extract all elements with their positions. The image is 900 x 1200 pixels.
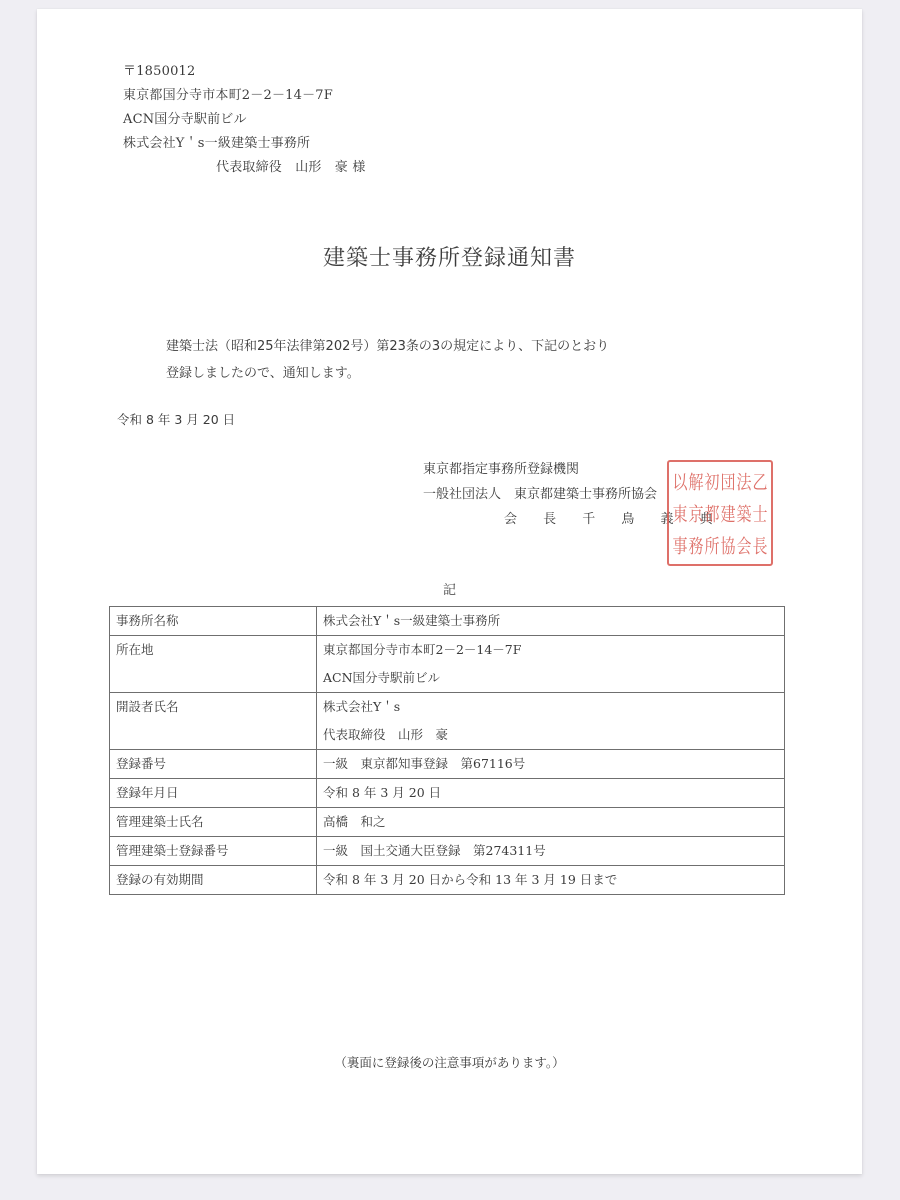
notice-body-line-2: 登録しましたので、通知します。 (166, 360, 609, 387)
row-value-validity-period: 令和 8 年 3 月 20 日から令和 13 年 3 月 19 日まで (317, 866, 785, 895)
table-row: 登録年月日 令和 8 年 3 月 20 日 (110, 779, 785, 808)
value-line: 高橋 和之 (323, 808, 778, 836)
value-line: 東京都国分寺市本町2－2－14－7F (323, 636, 778, 664)
value-line: 株式会社Y＇s (323, 693, 778, 721)
table-row: 所在地 東京都国分寺市本町2－2－14－7F ACN国分寺駅前ビル (110, 636, 785, 693)
row-value-registration-date: 令和 8 年 3 月 20 日 (317, 779, 785, 808)
seal-char: 事 (672, 526, 688, 566)
row-value-office-name: 株式会社Y＇s一級建築士事務所 (317, 607, 785, 636)
seal-char: 会 (736, 526, 752, 566)
registration-table: 事務所名称 株式会社Y＇s一級建築士事務所 所在地 東京都国分寺市本町2－2－1… (109, 606, 785, 895)
row-value-manager-number: 一級 国土交通大臣登録 第274311号 (317, 837, 785, 866)
value-line: 令和 8 年 3 月 20 日 (323, 779, 778, 807)
row-label-manager-name: 管理建築士氏名 (110, 808, 317, 837)
value-line: ACN国分寺駅前ビル (323, 664, 778, 692)
row-value-founder: 株式会社Y＇s 代表取締役 山形 豪 (317, 693, 785, 750)
postal-code: 〒1850012 (123, 60, 366, 84)
row-label-founder: 開設者氏名 (110, 693, 317, 750)
value-line: 株式会社Y＇s一級建築士事務所 (323, 607, 778, 635)
row-value-manager-name: 高橋 和之 (317, 808, 785, 837)
addressee-block: 〒1850012 東京都国分寺市本町2－2－14－7F ACN国分寺駅前ビル 株… (123, 60, 366, 180)
table-row: 開設者氏名 株式会社Y＇s 代表取締役 山形 豪 (110, 693, 785, 750)
table-row: 登録の有効期間 令和 8 年 3 月 20 日から令和 13 年 3 月 19 … (110, 866, 785, 895)
row-label-registration-date: 登録年月日 (110, 779, 317, 808)
seal-char: 長 (752, 526, 768, 566)
table-row: 管理建築士登録番号 一級 国土交通大臣登録 第274311号 (110, 837, 785, 866)
table-row: 管理建築士氏名 高橋 和之 (110, 808, 785, 837)
row-label-location: 所在地 (110, 636, 317, 693)
document-page: 〒1850012 東京都国分寺市本町2－2－14－7F ACN国分寺駅前ビル 株… (37, 9, 862, 1174)
addressee-representative: 代表取締役 山形 豪 様 (123, 156, 366, 180)
value-line: 令和 8 年 3 月 20 日から令和 13 年 3 月 19 日まで (323, 866, 778, 894)
seal-char: 協 (720, 526, 736, 566)
address-line-2: ACN国分寺駅前ビル (123, 108, 366, 132)
document-title: 建築士事務所登録通知書 (37, 241, 862, 272)
table-row: 登録番号 一級 東京都知事登録 第67116号 (110, 750, 785, 779)
footnote: （裏面に登録後の注意事項があります。） (37, 1053, 862, 1071)
value-line: 一級 東京都知事登録 第67116号 (323, 750, 778, 778)
addressee-company: 株式会社Y＇s一級建築士事務所 (123, 132, 366, 156)
table-row: 事務所名称 株式会社Y＇s一級建築士事務所 (110, 607, 785, 636)
row-label-office-name: 事務所名称 (110, 607, 317, 636)
address-line-1: 東京都国分寺市本町2－2－14－7F (123, 84, 366, 108)
row-label-registration-number: 登録番号 (110, 750, 317, 779)
row-value-registration-number: 一級 東京都知事登録 第67116号 (317, 750, 785, 779)
row-value-location: 東京都国分寺市本町2－2－14－7F ACN国分寺駅前ビル (317, 636, 785, 693)
value-line: 代表取締役 山形 豪 (323, 721, 778, 749)
value-line: 一級 国土交通大臣登録 第274311号 (323, 837, 778, 865)
ki-label: 記 (37, 579, 862, 598)
notice-body: 建築士法（昭和25年法律第202号）第23条の3の規定により、下記のとおり 登録… (166, 333, 609, 387)
seal-char: 所 (704, 526, 720, 566)
notice-body-line-1: 建築士法（昭和25年法律第202号）第23条の3の規定により、下記のとおり (166, 333, 609, 360)
row-label-validity-period: 登録の有効期間 (110, 866, 317, 895)
seal-char: 務 (688, 526, 704, 566)
row-label-manager-number: 管理建築士登録番号 (110, 837, 317, 866)
issue-date: 令和 8 年 3 月 20 日 (117, 410, 235, 428)
official-seal-icon: 以 解 初 団 法 乙 東 京 都 建 築 士 事 務 所 協 会 長 (667, 460, 773, 566)
